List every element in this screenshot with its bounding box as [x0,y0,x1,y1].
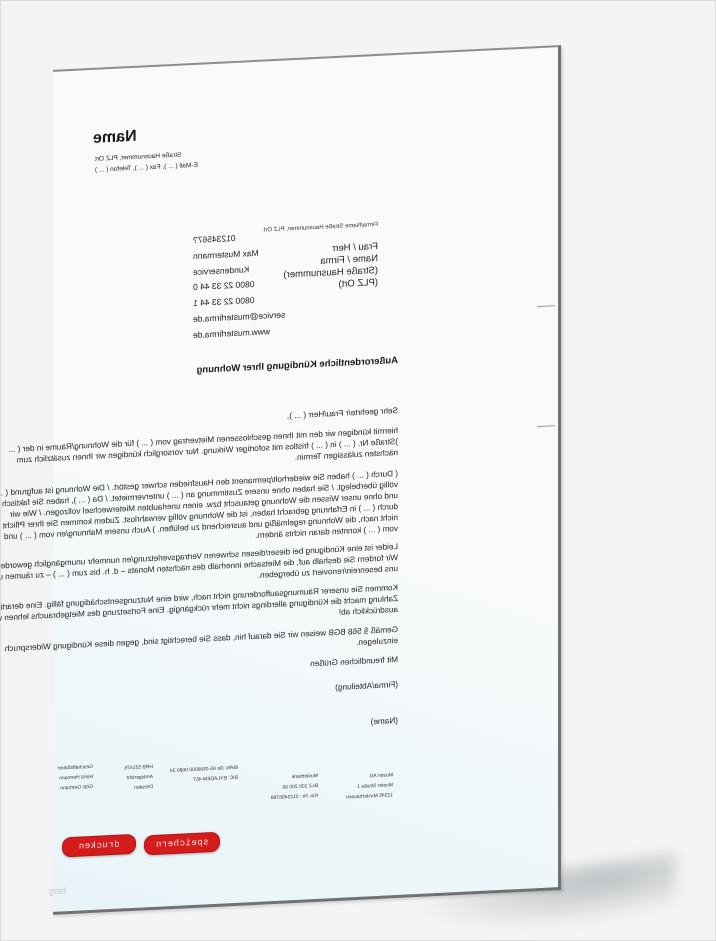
website: www.musterfirma.de [193,323,285,343]
recipient-address: Frau / Herr Name / Firma (Straße Hausnum… [284,241,379,294]
footer-company: Muster AG Muster Straße 1 12345 Musterha… [346,770,393,802]
sender-contact: E-Mail ( ... ), Fax ( ... ), Telefon ( .… [95,162,198,174]
paragraph: ( Durch ( ... ) haben Sie wiederholt/per… [0,468,398,554]
department-signature: (Firma/Abteilung) [0,679,398,710]
footer-bank: Musterbank BLZ 100 200 00 Kto. Nr.: 0123… [271,771,318,803]
fold-mark [537,305,555,307]
name-signature: (Name) [0,715,398,746]
punch-mark [537,425,555,427]
footer-line: Kto. Nr.: 0123456789 [271,791,318,803]
footer-line: 12345 Musterhausen [346,790,393,802]
letter-subject: Außerordentliche Kündigung Ihrer Wohnung [197,355,398,376]
footer-management: Geschäftsführer Horst Hermann Götz Germa… [57,762,93,794]
save-button[interactable]: speichern [144,832,220,856]
footer-iban: IBAN: De 65 4506000 0680 34 BIC: BYLADEM… [170,763,238,786]
footer-register: HRB 521476 Amtsgericht Dresden [124,762,153,793]
print-button[interactable]: drucken [62,834,136,858]
contact-block: 01234567? Max Mustermann Kundenservice 0… [193,228,285,343]
mirrored-stage: Name Straße Hausnummer, PLZ Ort E-Mail (… [0,0,716,941]
sender-name: Name [93,128,137,148]
letter-page: Name Straße Hausnummer, PLZ Ort E-Mail (… [53,45,561,915]
sender-address: Straße Hausnummer, PLZ Ort [95,152,181,163]
footer-line: Götz Germann [57,782,93,794]
footer-line: Dresden [124,782,153,793]
watermark: blog [49,886,66,896]
